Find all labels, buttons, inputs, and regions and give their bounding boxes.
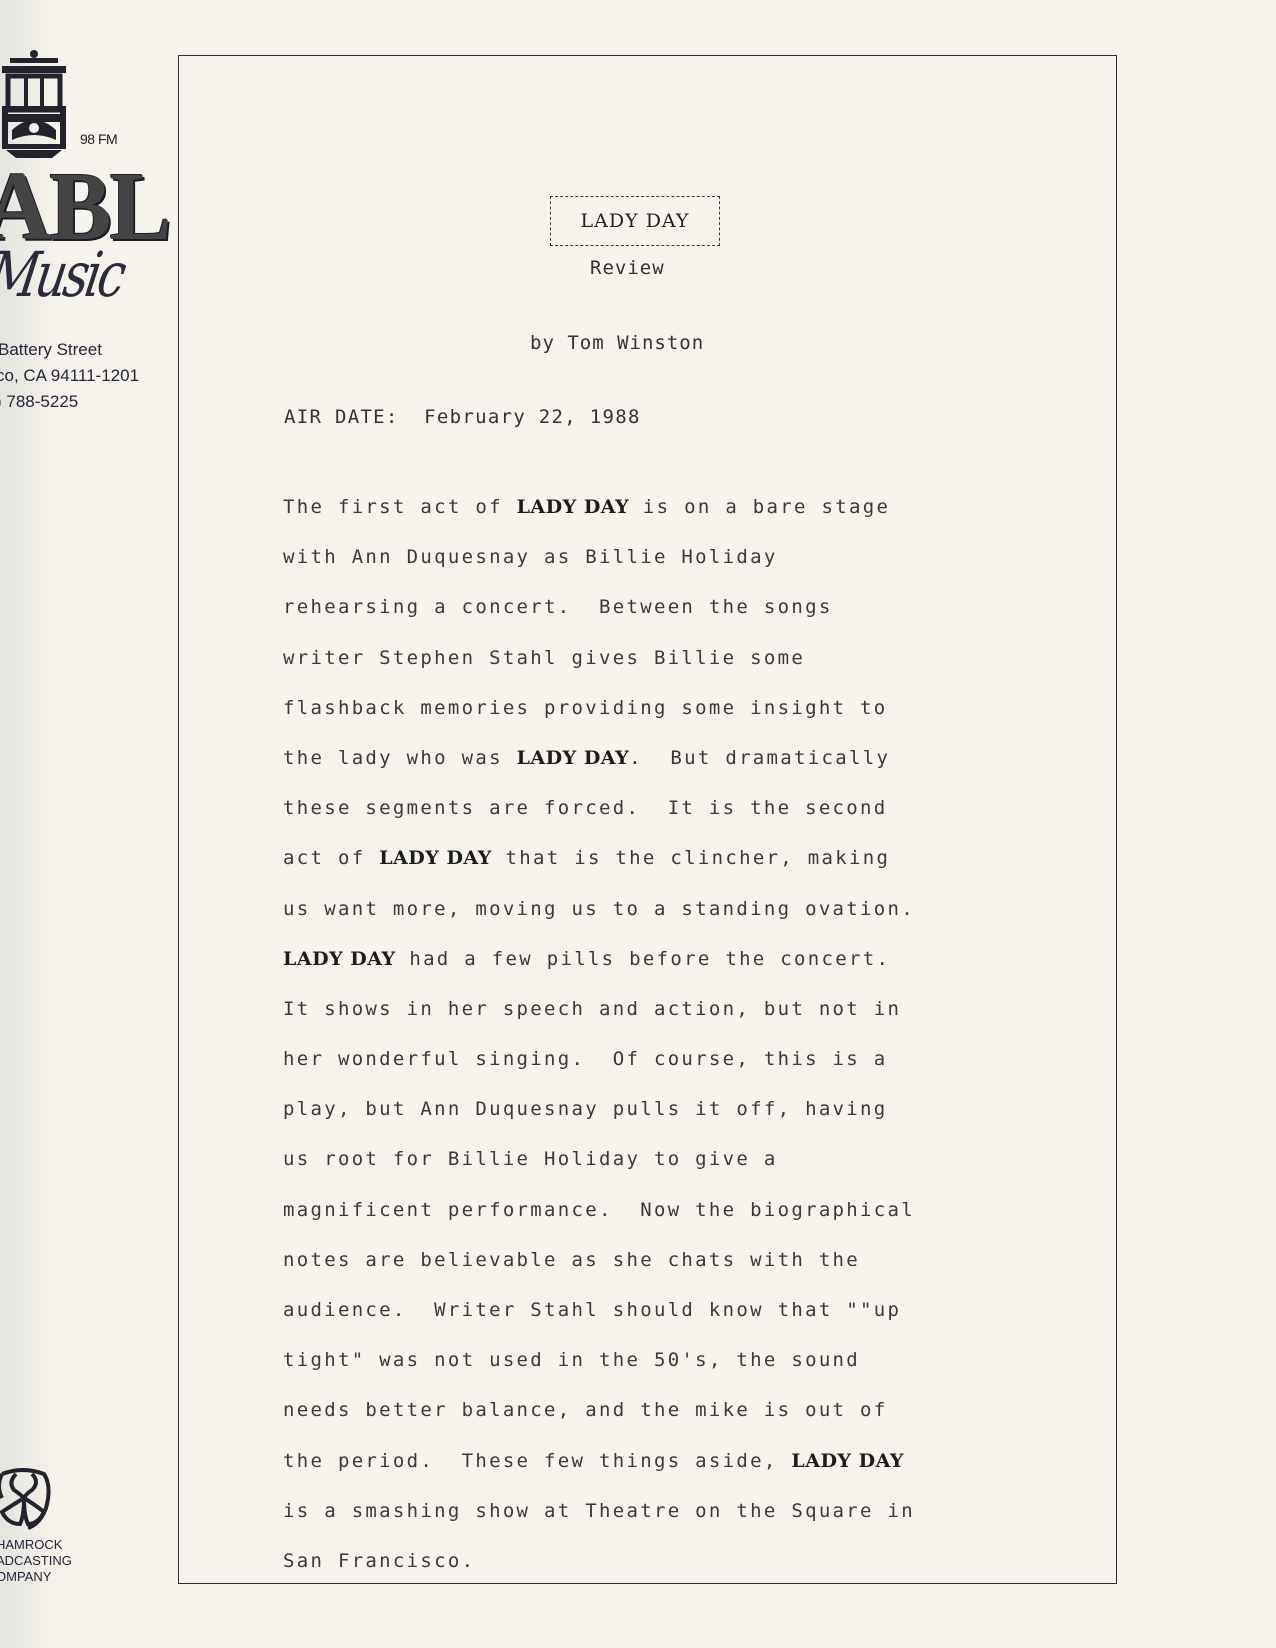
body-text-segment: act of [283, 847, 379, 869]
air-date: AIR DATE: February 22, 1988 [284, 406, 641, 428]
review-subtitle: Review [590, 257, 665, 279]
company-line-2: ADCASTING [0, 1553, 72, 1569]
body-text-segment: It shows in her speech and action, but n… [283, 998, 901, 1020]
address-street: Battery Street [0, 337, 139, 363]
air-date-label: AIR DATE: [284, 406, 399, 428]
review-byline: by Tom Winston [530, 332, 704, 354]
body-line: notes are believable as she chats with t… [283, 1235, 1043, 1285]
show-title-emphasis: LADY DAY [517, 496, 630, 518]
body-text-segment: with Ann Duquesnay as Billie Holiday [283, 546, 778, 568]
body-text-segment: rehearsing a concert. Between the songs [283, 596, 833, 618]
body-text-segment: The first act of [283, 496, 517, 518]
body-text-segment: flashback memories providing some insigh… [283, 697, 888, 719]
body-line: act of LADY DAY that is the clincher, ma… [283, 833, 1043, 883]
body-text-segment: audience. Writer Stahl should know that … [283, 1299, 901, 1321]
body-line: us want more, moving us to a standing ov… [283, 884, 1043, 934]
show-title-emphasis: LADY DAY [791, 1450, 904, 1472]
body-text-segment: us root for Billie Holiday to give a [283, 1148, 778, 1170]
body-text-segment: these segments are forced. It is the sec… [283, 797, 888, 819]
show-title-emphasis: LADY DAY [517, 747, 630, 769]
body-text-segment: had a few pills before the concert. [396, 948, 891, 970]
body-line: audience. Writer Stahl should know that … [283, 1285, 1043, 1335]
body-line: these segments are forced. It is the sec… [283, 783, 1043, 833]
body-text-segment: writer Stephen Stahl gives Billie some [283, 647, 805, 669]
body-line: The first act of LADY DAY is on a bare s… [283, 482, 1043, 532]
body-text-segment: her wonderful singing. Of course, this i… [283, 1048, 888, 1070]
body-line: play, but Ann Duquesnay pulls it off, ha… [283, 1084, 1043, 1134]
shamrock-logo-icon [0, 1468, 52, 1530]
station-frequency: 98 FM [80, 131, 117, 147]
body-text-segment: San Francisco. [283, 1550, 475, 1572]
body-text-segment: notes are believable as she chats with t… [283, 1249, 860, 1271]
review-title: LADY DAY [550, 196, 720, 246]
body-text-segment: is on a bare stage [629, 496, 890, 518]
body-line: needs better balance, and the mike is ou… [283, 1385, 1043, 1435]
body-text-segment: needs better balance, and the mike is ou… [283, 1399, 888, 1421]
address-phone: ) 788-5225 [0, 389, 139, 415]
body-line: her wonderful singing. Of course, this i… [283, 1034, 1043, 1084]
company-name: HAMROCK ADCASTING OMPANY [0, 1537, 72, 1585]
body-text-segment: tight" was not used in the 50's, the sou… [283, 1349, 860, 1371]
station-tagline: Music [0, 244, 128, 306]
body-line: flashback memories providing some insigh… [283, 683, 1043, 733]
body-text-segment: that is the clincher, making [492, 847, 890, 869]
body-line: LADY DAY had a few pills before the conc… [283, 934, 1043, 984]
address-city: co, CA 94111-1201 [0, 363, 139, 389]
body-line: rehearsing a concert. Between the songs [283, 582, 1043, 632]
body-line: is a smashing show at Theatre on the Squ… [283, 1486, 1043, 1536]
body-text-segment: . But dramatically [629, 747, 890, 769]
body-line: with Ann Duquesnay as Billie Holiday [283, 532, 1043, 582]
station-address: Battery Street co, CA 94111-1201 ) 788-5… [0, 337, 139, 415]
air-date-value: February 22, 1988 [424, 406, 641, 428]
body-text-segment: is a smashing show at Theatre on the Squ… [283, 1500, 915, 1522]
body-text-segment: play, but Ann Duquesnay pulls it off, ha… [283, 1098, 888, 1120]
show-title-emphasis: LADY DAY [283, 948, 396, 970]
show-title-emphasis: LADY DAY [379, 847, 492, 869]
body-line: magnificent performance. Now the biograp… [283, 1185, 1043, 1235]
cable-car-logo-icon [0, 50, 68, 158]
body-line: the lady who was LADY DAY. But dramatica… [283, 733, 1043, 783]
body-text-segment: magnificent performance. Now the biograp… [283, 1199, 915, 1221]
body-line: the period. These few things aside, LADY… [283, 1436, 1043, 1486]
company-line-1: HAMROCK [0, 1537, 72, 1553]
body-text-segment: the lady who was [283, 747, 517, 769]
body-line: San Francisco. [283, 1536, 1043, 1586]
body-text-segment: the period. These few things aside, [283, 1450, 791, 1472]
body-line: It shows in her speech and action, but n… [283, 984, 1043, 1034]
body-text-segment: us want more, moving us to a standing ov… [283, 898, 915, 920]
review-body: The first act of LADY DAY is on a bare s… [283, 482, 1043, 1586]
body-line: writer Stephen Stahl gives Billie some [283, 633, 1043, 683]
body-line: us root for Billie Holiday to give a [283, 1134, 1043, 1184]
company-line-3: OMPANY [0, 1569, 72, 1585]
body-line: tight" was not used in the 50's, the sou… [283, 1335, 1043, 1385]
